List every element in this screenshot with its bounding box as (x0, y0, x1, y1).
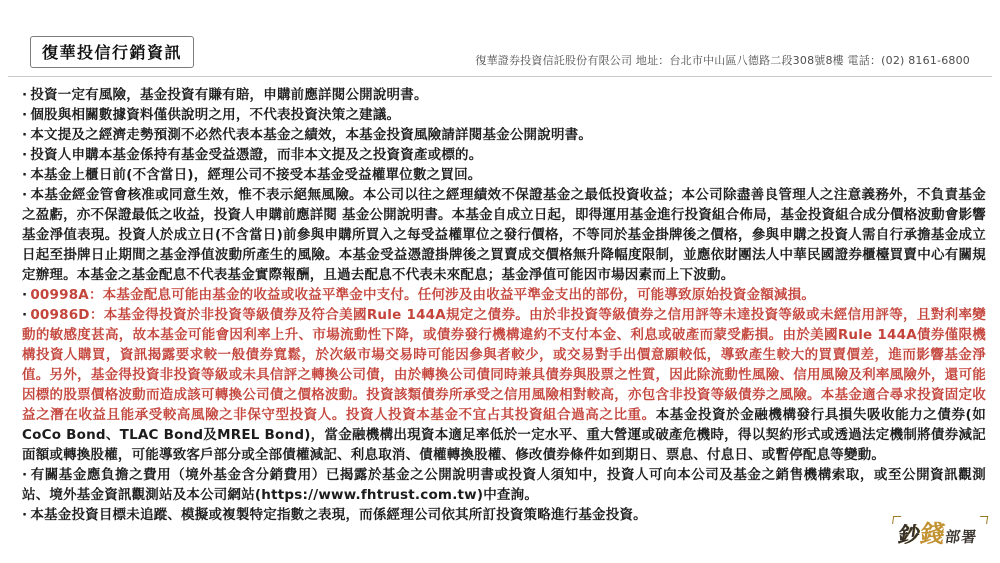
disclaimer-item: ·投資一定有風險，基金投資有賺有賠，申購前應詳閱公開說明書。 (22, 85, 986, 105)
disclaimer-item: ·本文提及之經濟走勢預測不必然代表本基金之績效，本基金投資風險請詳閱基金公開說明… (22, 125, 986, 145)
disclaimer-text-segment: 投資一定有風險，基金投資有賺有賠，申購前應詳閱公開說明書。 (30, 87, 427, 103)
disclaimer-item: ·本基金經金管會核准或同意生效，惟不表示絕無風險。本公司以往之經理績效不保證基金… (22, 185, 986, 285)
disclaimer-item: ·個股與相關數據資料僅供說明之用，不代表投資決策之建議。 (22, 105, 986, 125)
disclaimer-text-segment: 00986D：本基金得投資於非投資等級債券及符合美國Rule 144A規定之債券… (22, 307, 986, 423)
brand-logo: 鈔錢部署 (889, 514, 989, 549)
disclaimer-text-segment: 個股與相關數據資料僅供說明之用，不代表投資決策之建議。 (30, 107, 400, 123)
logo-char-qian: 錢 (919, 520, 947, 548)
disclaimer-text-segment: 本基金上櫃日前(不含當日)，經理公司不接受本基金受益權單位數之買回。 (30, 167, 481, 183)
header-divider (8, 76, 992, 77)
logo-ornament-right (979, 516, 988, 524)
company-contact-info: 復華證券投資信託股份有限公司 地址：台北市中山區八德路二段308號8樓 電話：(… (475, 52, 970, 68)
disclaimer-item: ·本基金上櫃日前(不含當日)，經理公司不接受本基金受益權單位數之買回。 (22, 165, 986, 185)
logo-char-chao: 鈔 (897, 523, 921, 547)
disclaimer-text-segment: 本文提及之經濟走勢預測不必然代表本基金之績效，本基金投資風險請詳閱基金公開說明書… (30, 127, 592, 143)
marketing-disclaimer-page: 復華投信行銷資訊 復華證券投資信託股份有限公司 地址：台北市中山區八德路二段30… (0, 0, 1000, 563)
page-title: 復華投信行銷資訊 (42, 43, 182, 62)
disclaimer-list: ·投資一定有風險，基金投資有賺有賠，申購前應詳閱公開說明書。·個股與相關數據資料… (22, 85, 986, 525)
disclaimer-text-segment: 有關基金應負擔之費用（境外基金含分銷費用）已揭露於基金之公開說明書或投資人須知中… (22, 467, 986, 503)
disclaimer-text-segment: 本基金經金管會核准或同意生效，惟不表示絕無風險。本公司以往之經理績效不保證基金之… (22, 187, 986, 283)
disclaimer-item: ·00986D：本基金得投資於非投資等級債券及符合美國Rule 144A規定之債… (22, 305, 986, 465)
disclaimer-item: ·有關基金應負擔之費用（境外基金含分銷費用）已揭露於基金之公開說明書或投資人須知… (22, 465, 986, 505)
disclaimer-item: ·投資人申購本基金係持有基金受益憑證，而非本文提及之投資資產或標的。 (22, 145, 986, 165)
page-title-box: 復華投信行銷資訊 (30, 36, 194, 68)
disclaimer-item: ·本基金投資目標未追蹤、模擬或複製特定指數之表現，而係經理公司依其所訂投資策略進… (22, 505, 986, 525)
disclaimer-text-segment: 00998A：本基金配息可能由基金的收益或收益平準金中支付。任何涉及由收益平準金… (30, 287, 815, 303)
disclaimer-text-segment: 投資人申購本基金係持有基金受益憑證，而非本文提及之投資資產或標的。 (30, 147, 482, 163)
logo-text-bushu: 部署 (944, 528, 979, 546)
disclaimer-text-segment: 本基金投資目標未追蹤、模擬或複製特定指數之表現，而係經理公司依其所訂投資策略進行… (30, 507, 647, 523)
disclaimer-item: ·00998A：本基金配息可能由基金的收益或收益平準金中支付。任何涉及由收益平準… (22, 285, 986, 305)
